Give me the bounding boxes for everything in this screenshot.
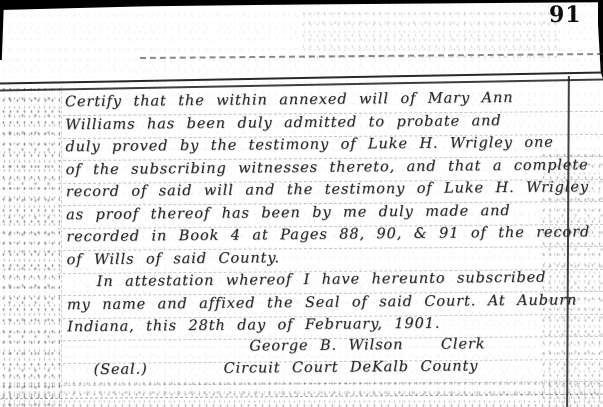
body-line-8: of Wills of said County. — [66, 250, 280, 268]
body-line-1: Certify that the within annexed will of … — [65, 90, 514, 110]
clerk-signature-name: George B. Wilson — [249, 337, 403, 354]
body-line-7: recorded in Book 4 at Pages 88, 90, & 91… — [66, 224, 590, 245]
clerk-signature-title: Clerk — [441, 336, 486, 352]
body-line-6: as proof thereof has been by me duly mad… — [66, 203, 511, 223]
handwritten-text-block: Certify that the within annexed will of … — [0, 0, 603, 407]
clerk-signature: George B. Wilson Clerk — [249, 336, 485, 354]
body-line-2: Williams has been duly admitted to proba… — [65, 113, 501, 133]
body-line-9: In attestation whereof I have hereunto s… — [97, 270, 547, 290]
body-line-4: of the subscribing witnesses thereto, an… — [66, 157, 589, 178]
scanned-probate-record-page: 91 Certify that the within annexed will … — [0, 0, 603, 407]
court-line: Circuit Court DeKalb County — [224, 358, 479, 376]
body-line-10: my name and affixed the Seal of said Cou… — [67, 292, 577, 313]
seal-note: (Seal.) — [94, 361, 148, 378]
body-line-3: duly proved by the testimony of Luke H. … — [65, 135, 553, 156]
body-line-5: record of said will and the testimony of… — [66, 179, 589, 200]
body-line-11: Indiana, this 28th day of February, 1901… — [67, 316, 440, 336]
